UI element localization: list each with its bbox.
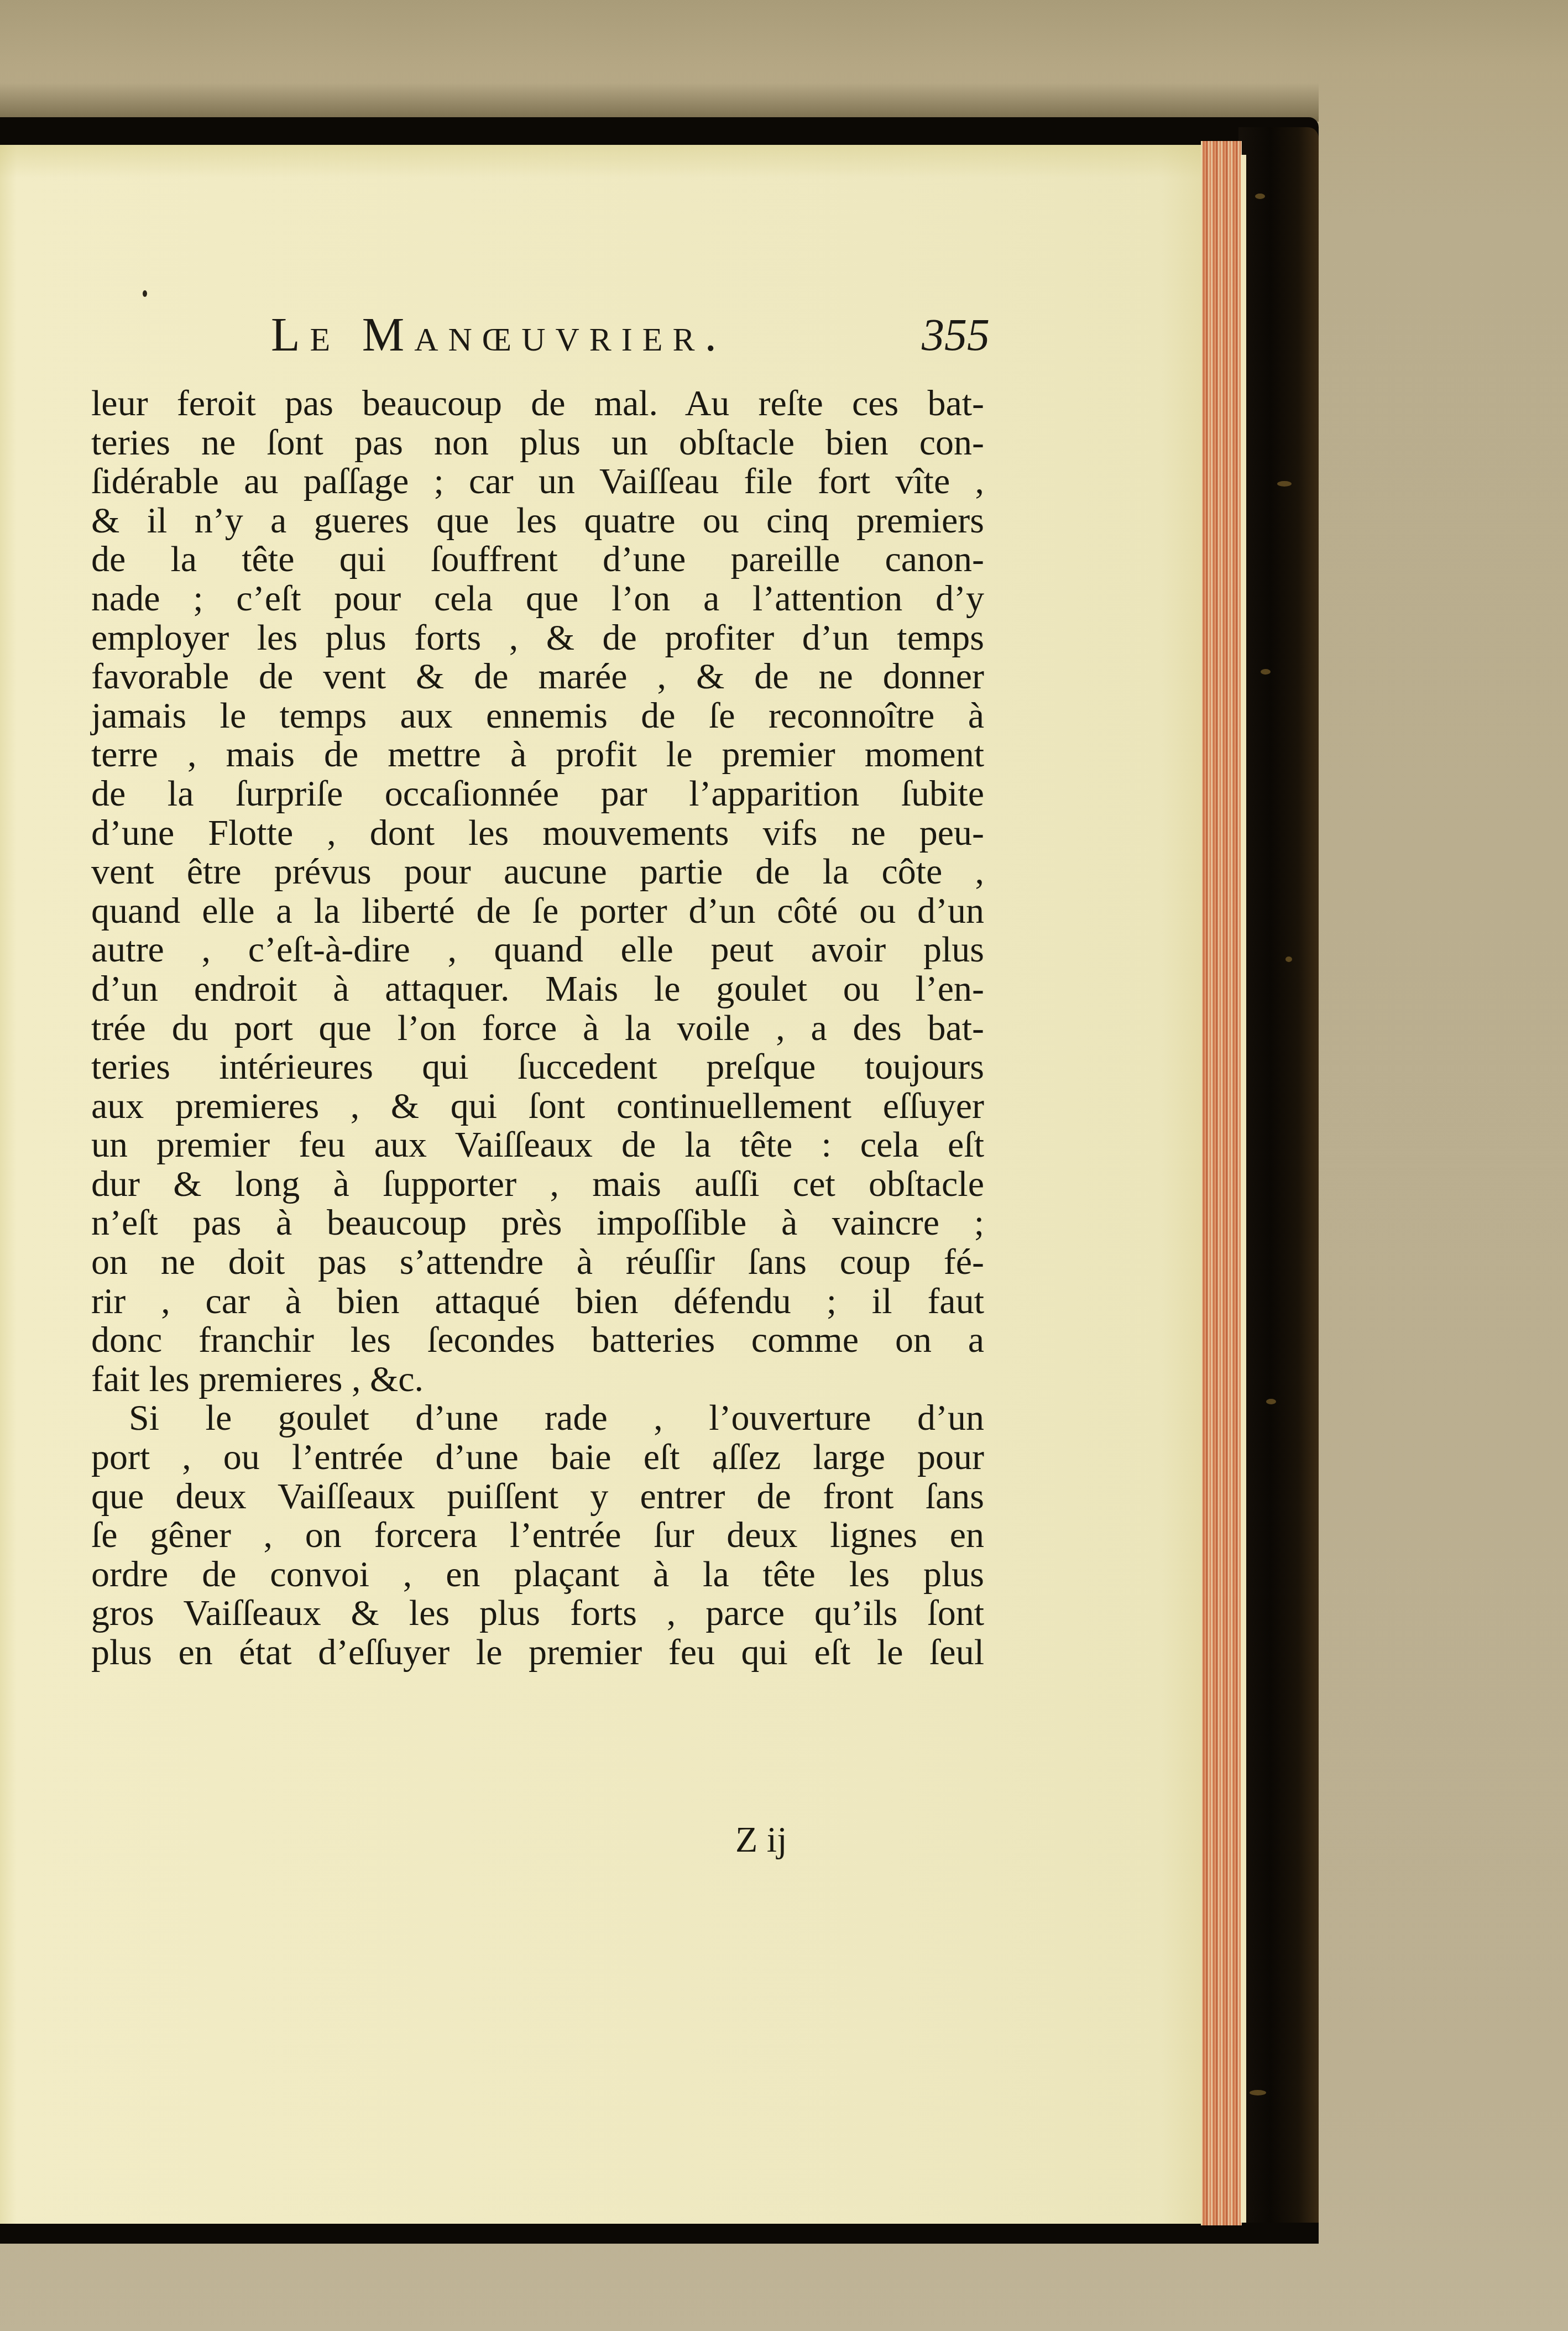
text-line: que deux Vaiſſeaux puiſſent y entrer de …: [91, 1477, 984, 1517]
text-line: d’un endroit à attaquer. Mais le goulet …: [91, 970, 984, 1009]
cover-shadow: [0, 83, 1319, 122]
text-line: teries intérieures qui ſuccedent preſque…: [91, 1048, 984, 1087]
cover-wear-mark: [1277, 481, 1292, 487]
text-line: Si le goulet d’une rade , l’ouverture d’…: [91, 1399, 984, 1438]
paper-speck: [143, 290, 147, 297]
text-line: terre , mais de mettre à profit le premi…: [91, 735, 984, 775]
text-line: de la tête qui ſouffrent d’une pareille …: [91, 540, 984, 579]
text-line: favorable de vent & de marée , & de ne d…: [91, 657, 984, 697]
text-line: dur & long à ſupporter , mais auſſi cet …: [91, 1165, 984, 1204]
text-line: rir , car à bien attaqué bien défendu ; …: [91, 1282, 984, 1321]
text-line: & il n’y a gueres que les quatre ou cinq…: [91, 501, 984, 541]
text-line: autre , c’eſt-à-dire , quand elle peut a…: [91, 931, 984, 970]
text-line: fait les premieres , &c.: [91, 1360, 984, 1399]
cover-wear-mark: [1255, 194, 1265, 199]
text-line: de la ſurpriſe occaſionnée par l’apparit…: [91, 775, 984, 814]
book-cover-top-edge: [0, 117, 1319, 146]
text-line: on ne doit pas s’attendre à réuſſir ſans…: [91, 1243, 984, 1282]
text-line: ſe gêner , on forcera l’entrée ſur deux …: [91, 1516, 984, 1555]
cover-wear-mark: [1250, 2090, 1266, 2095]
text-line: gros Vaiſſeaux & les plus forts , parce …: [91, 1594, 984, 1633]
text-line: nade ; c’eſt pour cela que l’on a l’atte…: [91, 579, 984, 619]
text-line: jamais le temps aux ennemis de ſe reconn…: [91, 697, 984, 736]
text-line: un premier feu aux Vaiſſeaux de la tête …: [91, 1126, 984, 1165]
text-line: employer les plus forts , & de profiter …: [91, 619, 984, 658]
running-title: Le Manœuvrier.: [271, 307, 726, 362]
paragraph-1: leur feroit pas beaucoup de mal. Au reſt…: [91, 384, 984, 1399]
text-line: port , ou l’entrée d’une baie eſt aſſez …: [91, 1438, 984, 1477]
page-block-light-edge: [1241, 155, 1246, 2223]
text-line: ſidérable au paſſage ; car un Vaiſſeau f…: [91, 462, 984, 501]
text-line: n’eſt pas à beaucoup près impoſſible à v…: [91, 1204, 984, 1243]
text-line: quand elle a la liberté de ſe porter d’u…: [91, 892, 984, 931]
page-number: 355: [922, 309, 990, 361]
page-block-red-edge: [1201, 141, 1242, 2225]
cover-wear-mark: [1285, 957, 1292, 962]
text-line: trée du port que l’on force à la voile ,…: [91, 1009, 984, 1048]
book-cover-fore-edge: [1238, 127, 1319, 2242]
paragraph-2: Si le goulet d’une rade , l’ouverture d’…: [91, 1399, 984, 1672]
text-line: donc franchir les ſecondes batteries com…: [91, 1321, 984, 1360]
book-cover-bottom-edge: [0, 2223, 1319, 2244]
text-line: leur feroit pas beaucoup de mal. Au reſt…: [91, 384, 984, 424]
page-top-shade: [0, 145, 1203, 178]
text-line: vent être prévus pour aucune partie de l…: [91, 853, 984, 892]
text-line: ordre de convoi , en plaçant à la tête l…: [91, 1555, 984, 1595]
body-text: leur feroit pas beaucoup de mal. Au reſt…: [91, 384, 984, 1673]
running-header: Le Manœuvrier. 355: [271, 307, 990, 368]
cover-wear-mark: [1266, 1399, 1276, 1404]
text-line: aux premieres , & qui ſont continuelleme…: [91, 1087, 984, 1126]
cover-wear-mark: [1261, 669, 1271, 675]
text-line: plus en état d’eſſuyer le premier feu qu…: [91, 1633, 984, 1673]
text-line: d’une Flotte , dont les mouvements vifs …: [91, 814, 984, 853]
text-line: teries ne ſont pas non plus un obſtacle …: [91, 424, 984, 463]
signature-mark: Z ij: [735, 1819, 787, 1861]
